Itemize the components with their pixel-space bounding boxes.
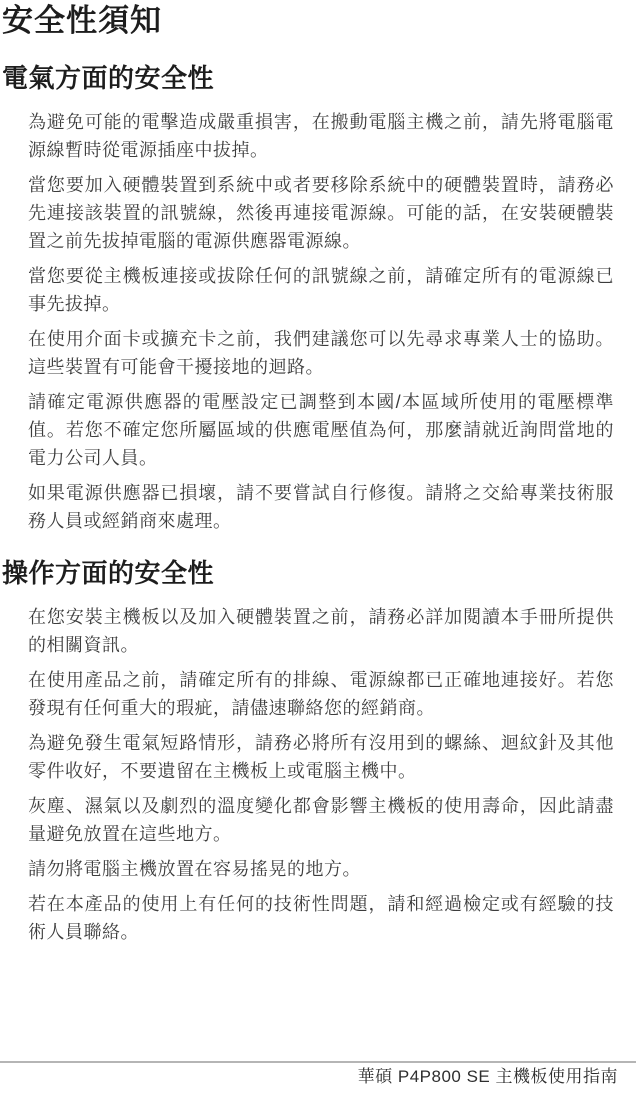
section-heading-electrical-safety: 電氣方面的安全性 [2, 62, 614, 94]
paragraph-electrical-3: 當您要從主機板連接或拔除任何的訊號線之前，請確定所有的電源線已事先拔掉。 [28, 262, 614, 318]
paragraph-operational-1: 在您安裝主機板以及加入硬體裝置之前，請務必詳加閱讀本手冊所提供的相關資訊。 [28, 603, 614, 659]
section-body-electrical: 為避免可能的電擊造成嚴重損害，在搬動電腦主機之前，請先將電腦電源線暫時從電源插座… [28, 108, 614, 535]
paragraph-operational-5: 請勿將電腦主機放置在容易搖晃的地方。 [28, 855, 614, 883]
paragraph-electrical-5: 請確定電源供應器的電壓設定已調整到本國/本區域所使用的電壓標準值。若您不確定您所… [28, 388, 614, 472]
paragraph-operational-4: 灰塵、濕氣以及劇烈的溫度變化都會影響主機板的使用壽命，因此請盡量避免放置在這些地… [28, 792, 614, 848]
page-footer: 華碩 P4P800 SE 主機板使用指南 [0, 1061, 636, 1094]
page-content: 安全性須知 電氣方面的安全性 為避免可能的電擊造成嚴重損害，在搬動電腦主機之前，… [0, 0, 636, 946]
paragraph-electrical-6: 如果電源供應器已損壞，請不要嘗試自行修復。請將之交給專業技術服務人員或經銷商來處… [28, 479, 614, 535]
paragraph-electrical-2: 當您要加入硬體裝置到系統中或者要移除系統中的硬體裝置時，請務必先連接該裝置的訊號… [28, 171, 614, 255]
footer-divider [0, 1061, 636, 1063]
paragraph-operational-2: 在使用產品之前，請確定所有的排線、電源線都已正確地連接好。若您發現有任何重大的瑕… [28, 666, 614, 722]
paragraph-electrical-4: 在使用介面卡或擴充卡之前，我們建議您可以先尋求專業人士的協助。這些裝置有可能會干… [28, 325, 614, 381]
page-title: 安全性須知 [2, 2, 614, 40]
paragraph-electrical-1: 為避免可能的電擊造成嚴重損害，在搬動電腦主機之前，請先將電腦電源線暫時從電源插座… [28, 108, 614, 164]
manual-page: 安全性須知 電氣方面的安全性 為避免可能的電擊造成嚴重損害，在搬動電腦主機之前，… [0, 0, 636, 1094]
paragraph-operational-6: 若在本產品的使用上有任何的技術性問題，請和經過檢定或有經驗的技術人員聯絡。 [28, 890, 614, 946]
section-operational-safety: 操作方面的安全性 在您安裝主機板以及加入硬體裝置之前，請務必詳加閱讀本手冊所提供… [2, 557, 614, 946]
paragraph-operational-3: 為避免發生電氣短路情形，請務必將所有沒用到的螺絲、迴紋針及其他零件收好，不要遺留… [28, 729, 614, 785]
section-electrical-safety: 電氣方面的安全性 為避免可能的電擊造成嚴重損害，在搬動電腦主機之前，請先將電腦電… [2, 62, 614, 535]
section-body-operational: 在您安裝主機板以及加入硬體裝置之前，請務必詳加閱讀本手冊所提供的相關資訊。 在使… [28, 603, 614, 946]
footer-manual-title: 華碩 P4P800 SE 主機板使用指南 [0, 1066, 636, 1088]
section-heading-operational-safety: 操作方面的安全性 [2, 557, 614, 589]
